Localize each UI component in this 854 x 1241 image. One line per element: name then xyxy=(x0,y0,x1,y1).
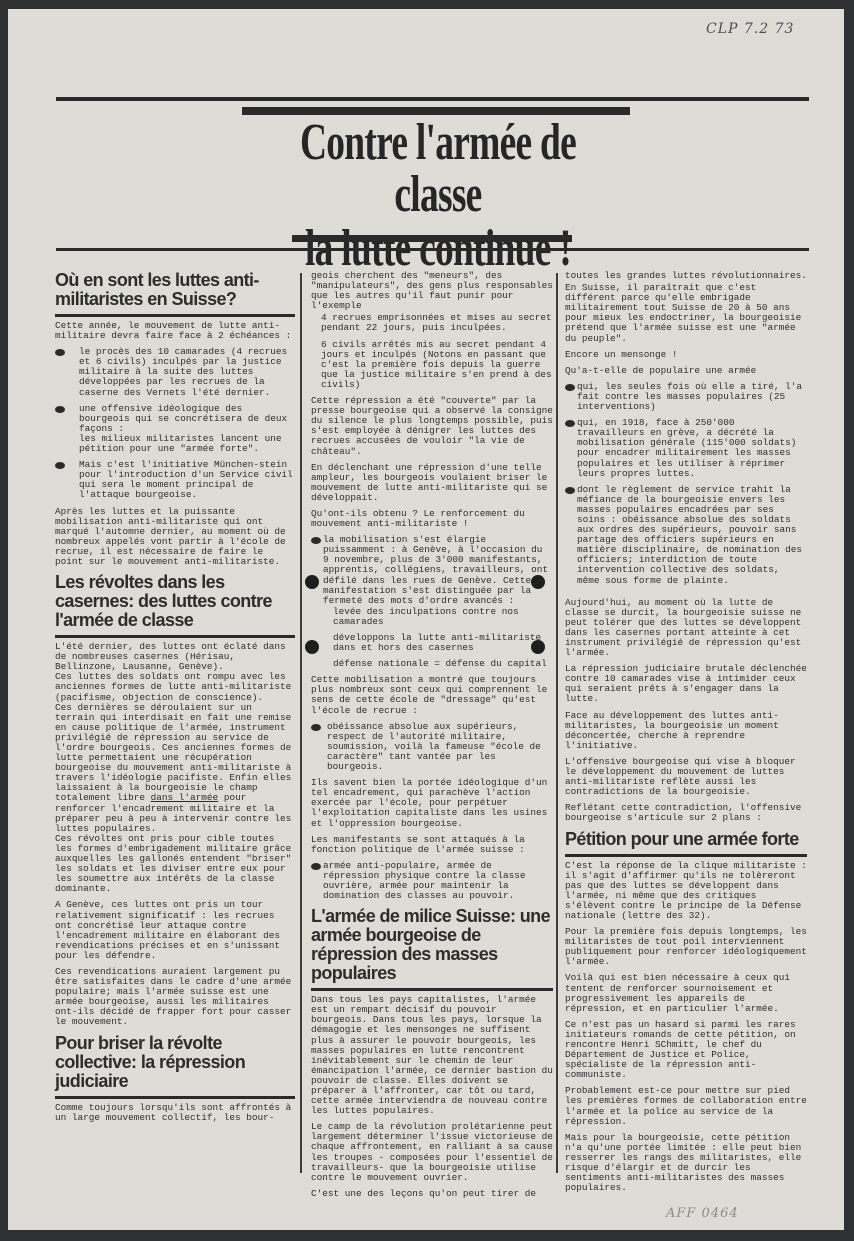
bullet-text: obéissance absolue aux supérieurs, respe… xyxy=(327,722,553,772)
bullet-item: dont le règlement de service trahit la m… xyxy=(565,485,807,586)
punch-hole xyxy=(531,640,545,654)
paragraph: Cette répression a été "couverte" par la… xyxy=(311,396,553,457)
paragraph: Qu'a-t-elle de populaire une armée xyxy=(565,366,807,376)
paragraph: Probablement est-ce pour mettre sur pied… xyxy=(565,1086,807,1126)
paragraph: L'été dernier, des luttes ont éclaté dan… xyxy=(55,642,295,672)
paragraph: En Suisse, il paraîtrait que c'est diffé… xyxy=(565,283,807,344)
column-divider xyxy=(300,273,302,1173)
paragraph: La répression judiciaire brutale déclenc… xyxy=(565,664,807,704)
bullet-item: armée anti-populaire, armée de répressio… xyxy=(311,861,553,901)
paragraph: Ces luttes des soldats ont rompu avec le… xyxy=(55,672,295,702)
paragraph: En déclenchant une répression d'une tell… xyxy=(311,463,553,503)
paragraph: Ces dernières se déroulaient sur un terr… xyxy=(55,703,295,834)
column-2: geois cherchent des "meneurs", des "mani… xyxy=(311,271,553,1205)
bullet-item: le procès des 10 camarades (4 recrues et… xyxy=(55,347,295,397)
text-span: Ces dernières se déroulaient sur un terr… xyxy=(55,702,291,804)
paragraph: Ces revendications auraient largement pu… xyxy=(55,967,295,1028)
punch-hole xyxy=(531,575,545,589)
slogan: développons la lutte anti-militariste da… xyxy=(323,633,553,653)
title-line-1: Contre l'armée de classe xyxy=(272,117,603,221)
section-heading: Où en sont les luttes anti-militaristes … xyxy=(55,271,295,317)
punch-hole xyxy=(305,640,319,654)
paragraph: Comme toujours lorsqu'ils sont affrontés… xyxy=(55,1103,295,1123)
paragraph: toutes les grandes luttes révolutionnair… xyxy=(565,271,807,281)
bullet-text: Mais c'est l'initiative München-stein po… xyxy=(79,460,295,500)
bullet-icon xyxy=(565,384,575,391)
paragraph: Après les luttes et la puissante mobilis… xyxy=(55,507,295,568)
bullet-icon xyxy=(55,349,65,356)
paragraph: Encore un mensonge ! xyxy=(565,350,807,360)
paragraph: C'est la réponse de la clique militarist… xyxy=(565,861,807,922)
paragraph: Ces révoltes ont pris pour cible toutes … xyxy=(55,834,295,895)
paragraph: 4 recrues emprisonnées et mises au secre… xyxy=(311,313,553,333)
paragraph: 6 civils arrêtés mis au secret pendant 4… xyxy=(311,340,553,390)
bullet-icon xyxy=(311,863,321,870)
paragraph: Voilà qui est bien nécessaire à ceux qui… xyxy=(565,973,807,1013)
bullet-icon xyxy=(311,724,321,731)
paragraph: L'offensive bourgeoise qui vise à bloque… xyxy=(565,757,807,797)
paragraph: Reflétant cette contradiction, l'offensi… xyxy=(565,803,807,823)
paragraph: Les manifestants se sont attaqués à la f… xyxy=(311,835,553,855)
column-1: Où en sont les luttes anti-militaristes … xyxy=(55,271,295,1129)
paragraph: A Genève, ces luttes ont pris un tour re… xyxy=(55,900,295,961)
section-heading: Les révoltes dans les casernes: des lutt… xyxy=(55,573,295,638)
bullet-item: la mobilisation s'est élargie puissammen… xyxy=(311,535,553,669)
paragraph: Mais pour la bourgeoisie, cette pétition… xyxy=(565,1133,807,1194)
leaflet-page: CLP 7.2 73 Contre l'armée de classe la l… xyxy=(8,9,844,1230)
page-title: Contre l'armée de classe la lutte contin… xyxy=(272,117,603,277)
bullet-text: une offensive idéologique des bourgeois … xyxy=(79,404,295,434)
paragraph: Ils savent bien la portée idéologique d'… xyxy=(311,778,553,828)
bullet-icon xyxy=(55,406,65,413)
bullet-icon xyxy=(565,487,575,494)
punch-hole xyxy=(305,575,319,589)
bullet-icon xyxy=(55,462,65,469)
paragraph: geois cherchent des "meneurs", des "mani… xyxy=(311,271,553,311)
title-bar-bottom xyxy=(292,235,572,242)
bullet-text: la mobilisation s'est élargie puissammen… xyxy=(323,535,553,606)
paragraph: Pour la première fois depuis longtemps, … xyxy=(565,927,807,967)
paragraph: Qu'ont-ils obtenu ? Le renforcement du m… xyxy=(311,509,553,529)
bullet-subtext: les milieux militaristes lancent une pét… xyxy=(79,434,295,454)
paragraph: C'est une des leçons qu'on peut tirer de xyxy=(311,1189,553,1199)
section-heading: Pétition pour une armée forte xyxy=(565,830,807,857)
top-rule xyxy=(56,97,809,101)
archive-mark-bottom: AFF 0464 xyxy=(666,1206,739,1221)
bullet-icon xyxy=(565,420,575,427)
bullet-item: une offensive idéologique des bourgeois … xyxy=(55,404,295,454)
column-3: toutes les grandes luttes révolutionnair… xyxy=(565,271,807,1199)
paragraph: Dans tous les pays capitalistes, l'armée… xyxy=(311,995,553,1116)
paragraph: Face au développement des luttes anti-mi… xyxy=(565,711,807,751)
header-bottom-rule xyxy=(56,248,809,251)
paragraph: Le camp de la révolution prolétarienne p… xyxy=(311,1122,553,1183)
bullet-item: qui, les seules fois où elle a tiré, l'a… xyxy=(565,382,807,412)
bullet-item: qui, en 1918, face à 250'000 travailleur… xyxy=(565,418,807,479)
bullet-icon xyxy=(311,537,321,544)
bullet-item: Mais c'est l'initiative München-stein po… xyxy=(55,460,295,500)
bullet-text: qui, en 1918, face à 250'000 travailleur… xyxy=(577,418,807,479)
bullet-text: le procès des 10 camarades (4 recrues et… xyxy=(79,347,295,397)
bullet-item: obéissance absolue aux supérieurs, respe… xyxy=(311,722,553,772)
paragraph: Ce n'est pas un hasard si parmi les rare… xyxy=(565,1020,807,1081)
archive-mark-top: CLP 7.2 73 xyxy=(706,21,794,37)
slogan: défense nationale = défense du capital xyxy=(323,659,553,669)
column-divider xyxy=(556,273,558,1173)
paragraph: Aujourd'hui, au moment où la lutte de cl… xyxy=(565,598,807,659)
bullet-text: dont le règlement de service trahit la m… xyxy=(577,485,807,586)
bullet-text: qui, les seules fois où elle a tiré, l'a… xyxy=(577,382,807,412)
section-heading: Pour briser la révolte collective: la ré… xyxy=(55,1034,295,1099)
paragraph: Cette année, le mouvement de lutte anti-… xyxy=(55,321,295,341)
paragraph: Cette mobilisation a montré que toujours… xyxy=(311,675,553,715)
slogan: levée des inculpations contre nos camara… xyxy=(323,607,553,627)
bullet-text: armée anti-populaire, armée de répressio… xyxy=(323,861,553,901)
section-heading: L'armée de milice Suisse: une armée bour… xyxy=(311,907,553,991)
